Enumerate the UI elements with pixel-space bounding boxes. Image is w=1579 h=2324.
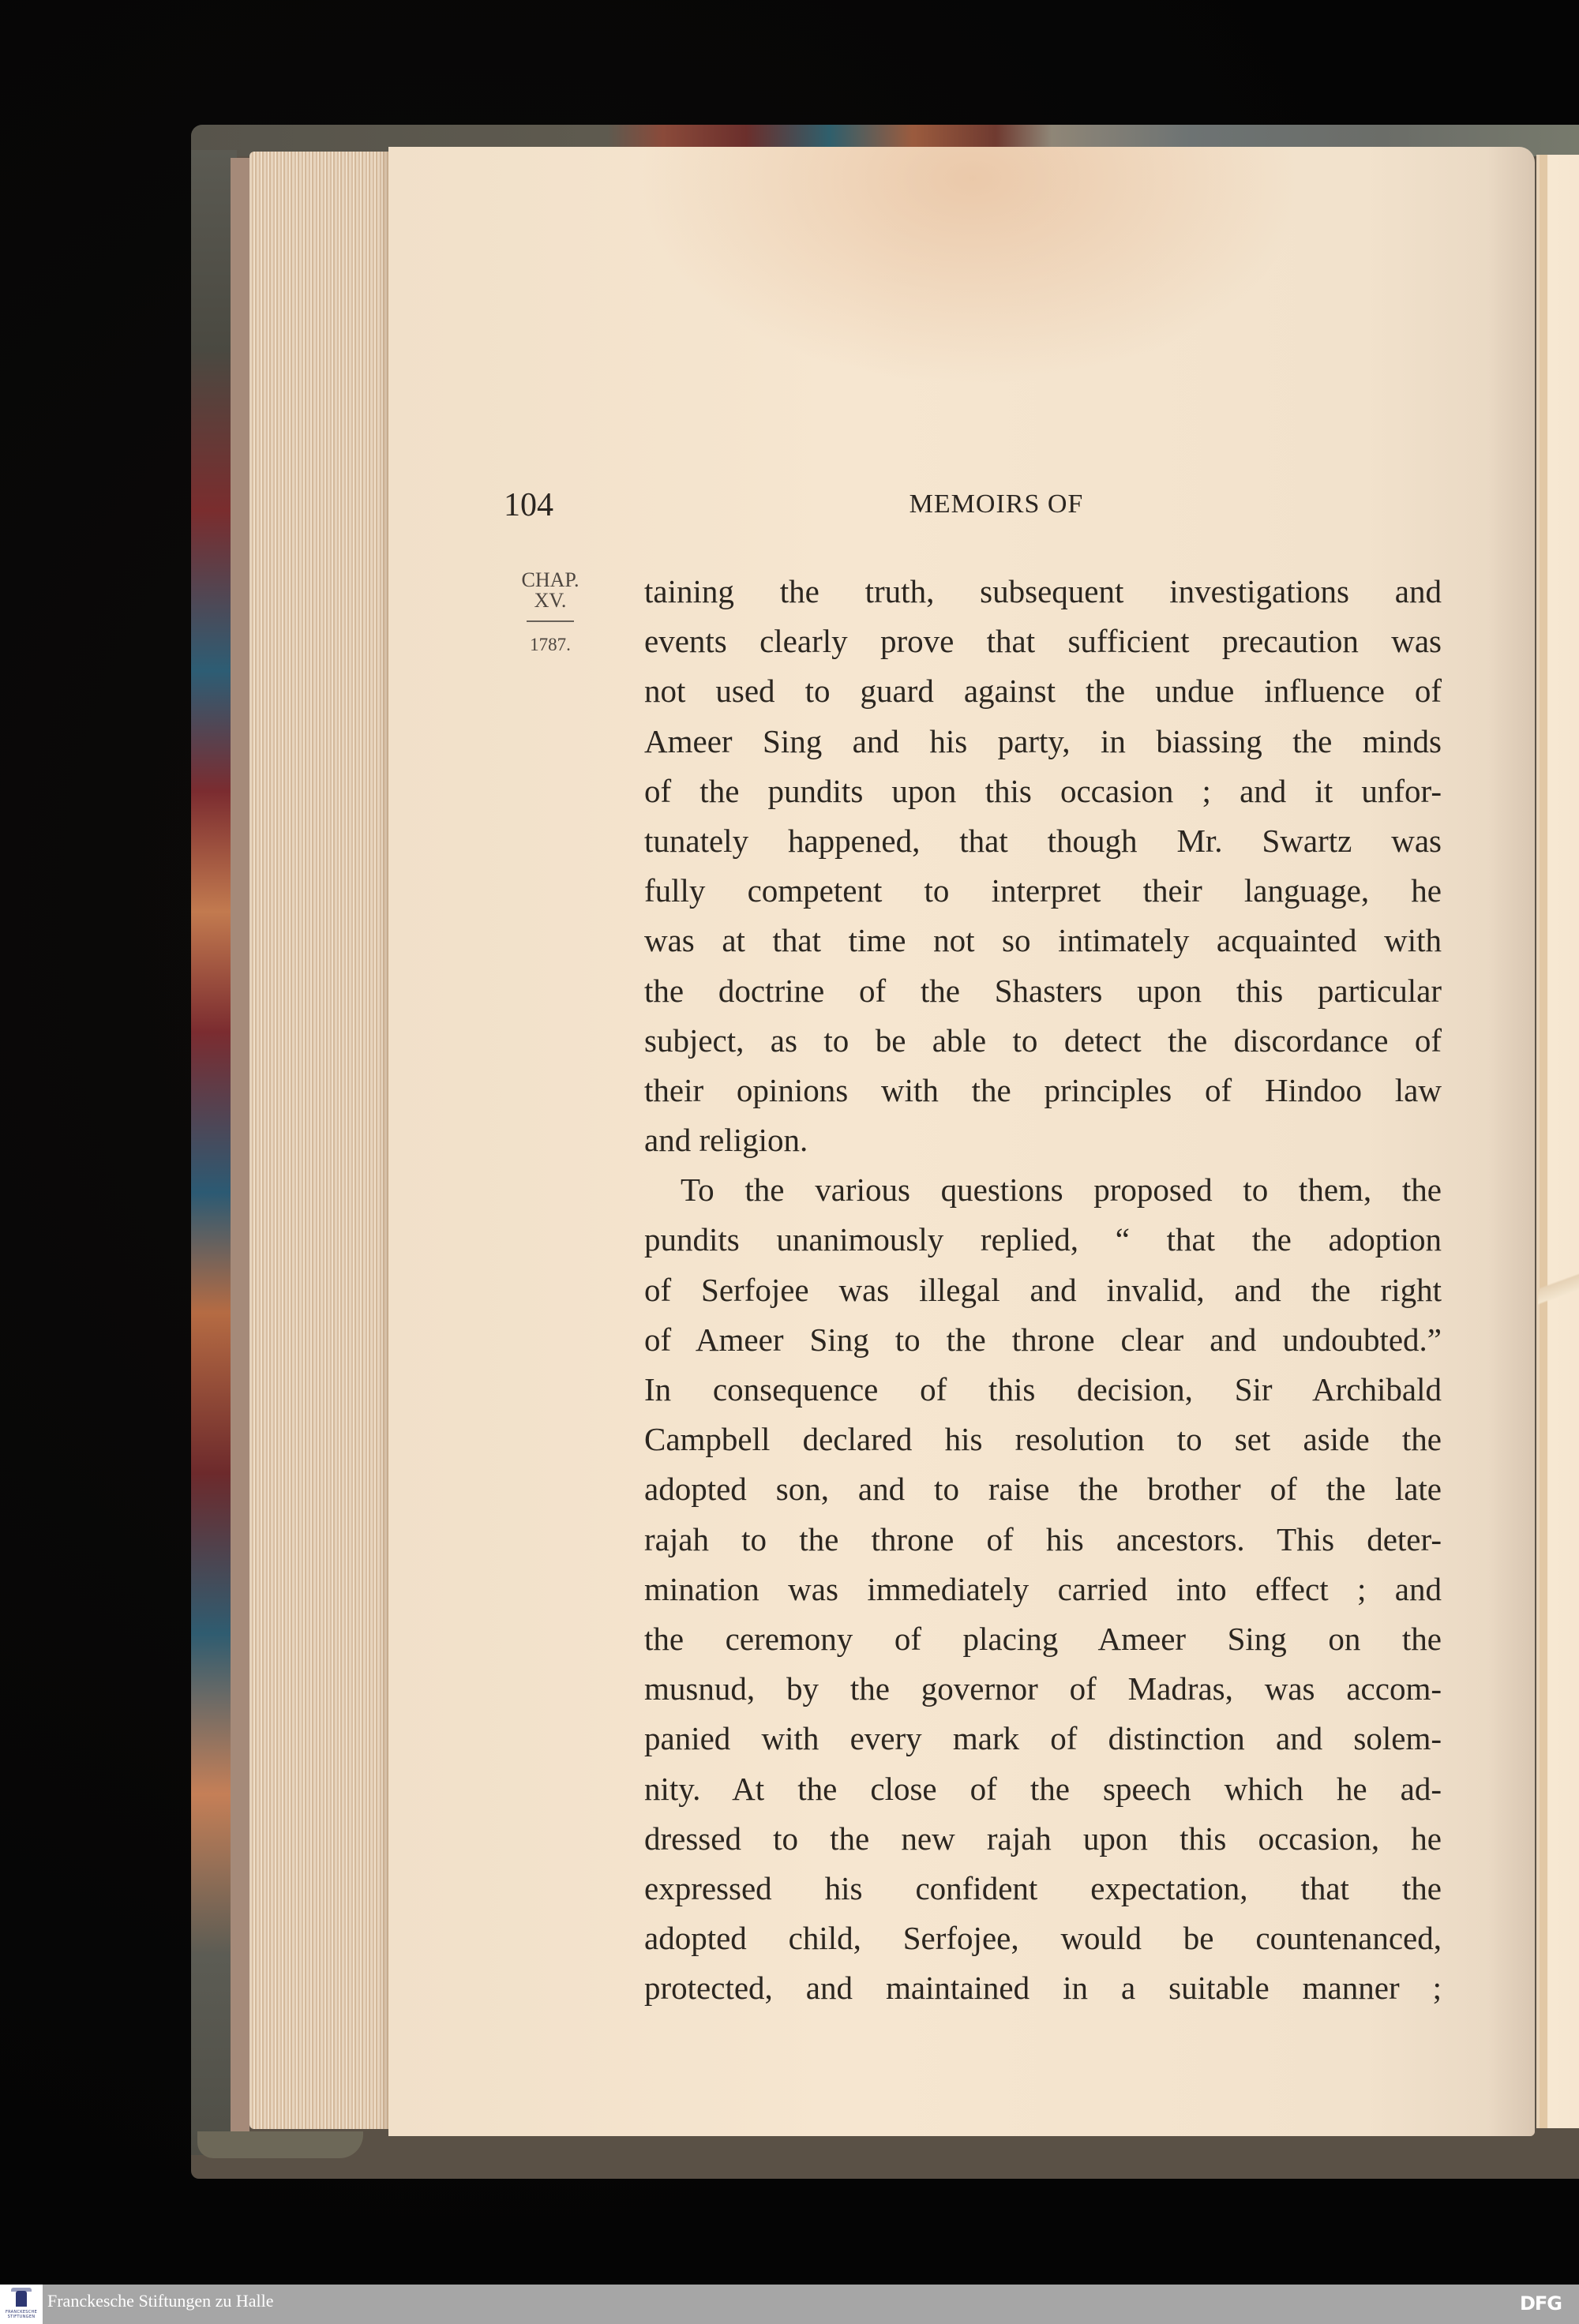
text-line: fully competent to interpret their langu… bbox=[644, 866, 1442, 916]
viewer-footer-bar: FRANCKESCHE STIFTUNGEN Franckesche Stift… bbox=[0, 2285, 1579, 2324]
running-head: 104 MEMOIRS OF bbox=[388, 486, 1535, 534]
paper-tab bbox=[1538, 1247, 1579, 1334]
text-line: rajah to the throne of his ancestors. Th… bbox=[644, 1515, 1442, 1565]
leather-corner bbox=[197, 2131, 363, 2158]
text-line: Ameer Sing and his party, in biassing th… bbox=[644, 717, 1442, 767]
text-line: dressed to the new rajah upon this occas… bbox=[644, 1814, 1442, 1864]
text-line: In consequence of this decision, Sir Arc… bbox=[644, 1365, 1442, 1415]
chapter-label: CHAP. bbox=[507, 570, 594, 590]
logo-text-line: STIFTUNGEN bbox=[0, 2315, 43, 2319]
margin-year: 1787. bbox=[507, 635, 594, 655]
margin-note: CHAP. XV. 1787. bbox=[507, 570, 594, 655]
endpaper bbox=[231, 158, 249, 2131]
text-line: and religion. bbox=[644, 1115, 1442, 1165]
running-head-title: MEMOIRS OF bbox=[831, 489, 1162, 519]
text-line: the doctrine of the Shasters upon this p… bbox=[644, 966, 1442, 1016]
text-line: mination was immediately carried into ef… bbox=[644, 1565, 1442, 1614]
text-line: events clearly prove that sufficient pre… bbox=[644, 617, 1442, 666]
text-line: adopted child, Serfojee, would be counte… bbox=[644, 1914, 1442, 1963]
text-line: not used to guard against the undue infl… bbox=[644, 666, 1442, 716]
chapter-number: XV. bbox=[507, 590, 594, 611]
text-line: adopted son, and to raise the brother of… bbox=[644, 1464, 1442, 1514]
margin-rule bbox=[527, 620, 574, 622]
text-line: tunately happened, that though Mr. Swart… bbox=[644, 816, 1442, 866]
text-line: of the pundits upon this occasion ; and … bbox=[644, 767, 1442, 816]
text-line: expressed his confident expectation, tha… bbox=[644, 1864, 1442, 1914]
body-text: taining the truth, subsequent investigat… bbox=[644, 567, 1442, 2013]
institution-name[interactable]: Franckesche Stiftungen zu Halle bbox=[47, 2291, 274, 2311]
text-line: pundits unanimously replied, “ that the … bbox=[644, 1215, 1442, 1265]
book-page: 104 MEMOIRS OF CHAP. XV. 1787. taining t… bbox=[388, 147, 1535, 2136]
text-line: of Ameer Sing to the throne clear and un… bbox=[644, 1315, 1442, 1365]
text-line: taining the truth, subsequent investigat… bbox=[644, 567, 1442, 617]
text-line: of Serfojee was illegal and invalid, and… bbox=[644, 1265, 1442, 1315]
paragraph-start-line: To the various questions proposed to the… bbox=[644, 1165, 1442, 1215]
page-number: 104 bbox=[504, 486, 553, 524]
logo-text: FRANCKESCHE STIFTUNGEN bbox=[0, 2310, 43, 2319]
text-line: Campbell declared his resolution to set … bbox=[644, 1415, 1442, 1464]
text-line: panied with every mark of distinction an… bbox=[644, 1714, 1442, 1764]
text-line: protected, and maintained in a suitable … bbox=[644, 1963, 1442, 2013]
page-stack-edge bbox=[249, 152, 390, 2129]
page-gutter-shade bbox=[1487, 147, 1535, 2136]
text-line: musnud, by the governor of Madras, was a… bbox=[644, 1664, 1442, 1714]
text-line: was at that time not so intimately acqua… bbox=[644, 916, 1442, 965]
text-line: the ceremony of placing Ameer Sing on th… bbox=[644, 1614, 1442, 1664]
next-page-fold bbox=[1540, 155, 1547, 2128]
logo-figure-shape bbox=[16, 2291, 27, 2307]
text-line: their opinions with the principles of Hi… bbox=[644, 1066, 1442, 1115]
franckesche-stiftungen-logo-icon[interactable]: FRANCKESCHE STIFTUNGEN bbox=[0, 2285, 43, 2324]
dfg-logo[interactable]: DFG bbox=[1520, 2292, 1562, 2315]
text-line: nity. At the close of the speech which h… bbox=[644, 1764, 1442, 1814]
text-line: subject, as to be able to detect the dis… bbox=[644, 1016, 1442, 1066]
